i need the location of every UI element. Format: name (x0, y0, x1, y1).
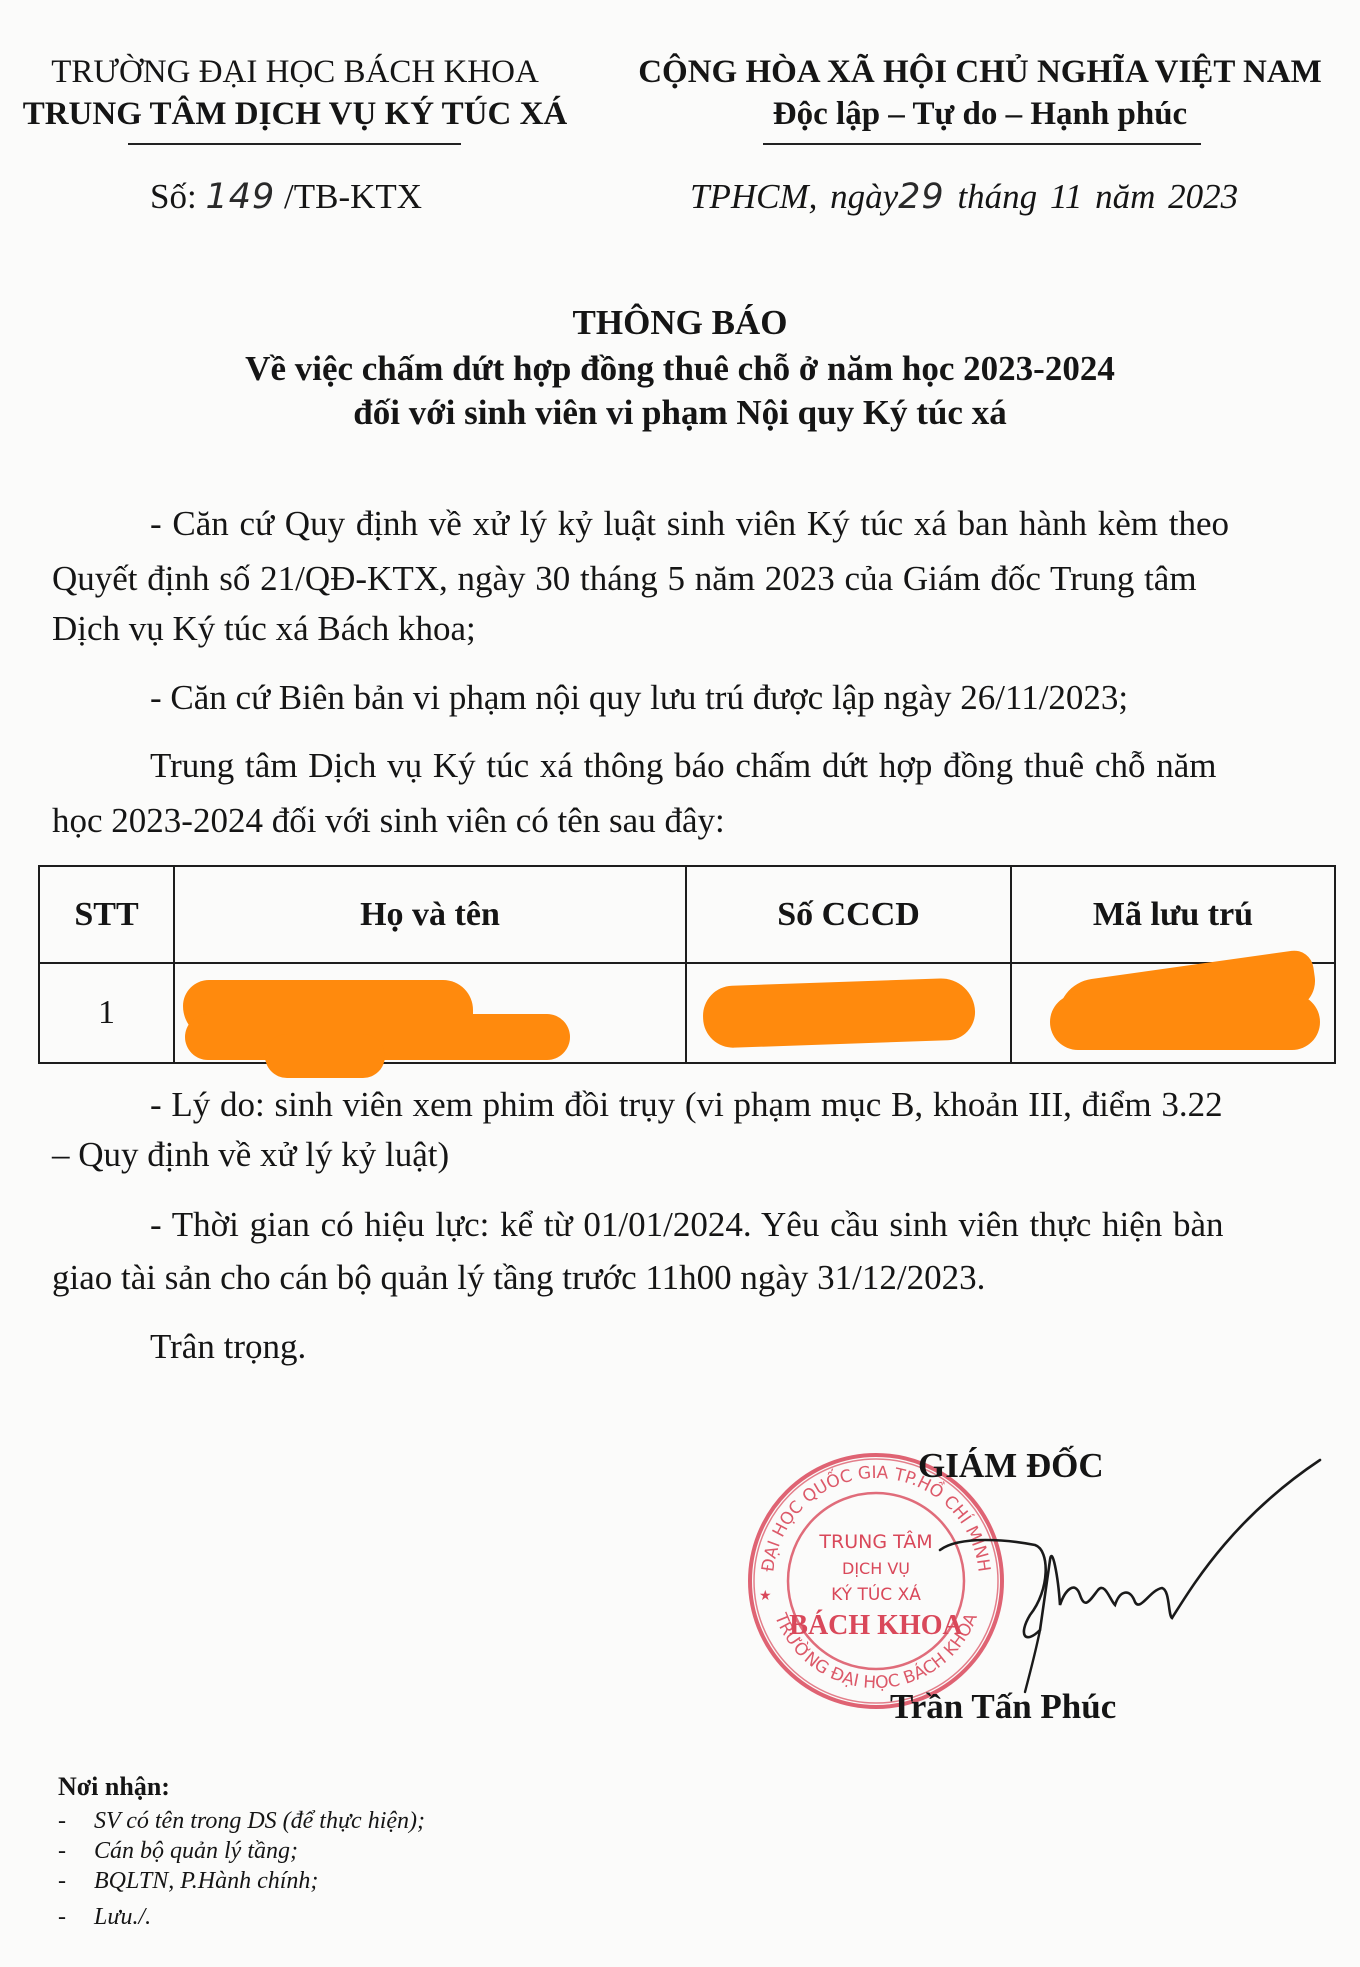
reason-line-2: – Quy định về xử lý kỷ luật) (52, 1134, 449, 1176)
basis-1-line-1: - Căn cứ Quy định về xử lý kỷ luật sinh … (150, 503, 1229, 545)
motto-underline (763, 143, 1201, 145)
number-handwritten: 149 (205, 177, 275, 217)
effective-line-1: - Thời gian có hiệu lực: kể từ 01/01/202… (150, 1204, 1224, 1246)
header-id-number: Số CCCD (686, 866, 1011, 963)
date-month-label: tháng (957, 177, 1037, 216)
cell-id-number-redacted (686, 963, 1011, 1063)
signer-name: Trần Tấn Phúc (890, 1686, 1116, 1728)
notice-line-1: Trung tâm Dịch vụ Ký túc xá thông báo ch… (150, 745, 1216, 787)
issuer-underline (128, 143, 461, 145)
date-year: 2023 (1168, 177, 1238, 216)
header-stt: STT (39, 866, 174, 963)
basis-1-line-2: Quyết định số 21/QĐ-KTX, ngày 30 tháng 5… (52, 558, 1197, 600)
date-month: 11 (1050, 177, 1082, 216)
effective-line-2: giao tài sản cho cán bộ quản lý tầng trư… (52, 1257, 985, 1299)
cell-residence-code-redacted (1011, 963, 1335, 1063)
number-prefix: Số: (150, 177, 197, 216)
list-item: -Cán bộ quản lý tầng; (58, 1836, 425, 1866)
document-number: Số: 149 /TB-KTX (150, 176, 422, 218)
list-item: -SV có tên trong DS (để thực hiện); (58, 1806, 425, 1836)
student-table: STT Họ và tên Số CCCD Mã lưu trú 1 (38, 865, 1336, 1064)
redaction-mark (702, 977, 976, 1048)
list-item: -Lưu./. (58, 1902, 425, 1932)
cell-stt: 1 (39, 963, 174, 1063)
national-motto: Độc lập – Tự do – Hạnh phúc (600, 94, 1360, 134)
header-residence-code: Mã lưu trú (1011, 866, 1335, 963)
list-item: -BQLTN, P.Hành chính; (58, 1866, 425, 1896)
redaction-mark (1050, 994, 1320, 1050)
number-suffix: /TB-KTX (284, 177, 422, 216)
notice-line-2: học 2023-2024 đối với sinh viên có tên s… (52, 800, 725, 842)
redaction-mark (265, 1034, 385, 1078)
issuer-university: TRƯỜNG ĐẠI HỌC BÁCH KHOA (0, 52, 590, 92)
document-subtitle-2: đối với sinh viên vi phạm Nội quy Ký túc… (0, 392, 1360, 434)
reason-line-1: - Lý do: sinh viên xem phim đồi trụy (vi… (150, 1084, 1223, 1126)
recipients-list: -SV có tên trong DS (để thực hiện); -Cán… (58, 1806, 425, 1932)
table-header-row: STT Họ và tên Số CCCD Mã lưu trú (39, 866, 1335, 963)
stamp-star-icon: ★ (759, 1589, 772, 1604)
basis-2: - Căn cứ Biên bản vi phạm nội quy lưu tr… (150, 677, 1128, 719)
closing-text: Trân trọng. (150, 1326, 306, 1368)
document-subtitle-1: Về việc chấm dứt hợp đồng thuê chỗ ở năm… (0, 348, 1360, 390)
table-row: 1 (39, 963, 1335, 1063)
header-full-name: Họ và tên (174, 866, 686, 963)
cell-full-name-redacted (174, 963, 686, 1063)
national-title: CỘNG HÒA XÃ HỘI CHỦ NGHĨA VIỆT NAM (600, 52, 1360, 92)
basis-1-line-3: Dịch vụ Ký túc xá Bách khoa; (52, 608, 476, 650)
handwritten-signature (900, 1440, 1350, 1720)
date-day-handwritten: 29 (898, 177, 945, 217)
date-year-label: năm (1095, 177, 1155, 216)
date-place: TPHCM, ngày (690, 177, 898, 216)
issuer-center: TRUNG TÂM DỊCH VỤ KÝ TÚC XÁ (0, 94, 590, 134)
document-date: TPHCM, ngày29 tháng 11 năm 2023 (690, 176, 1238, 218)
document-title: THÔNG BÁO (0, 302, 1360, 344)
recipients-label: Nơi nhận: (58, 1772, 170, 1802)
